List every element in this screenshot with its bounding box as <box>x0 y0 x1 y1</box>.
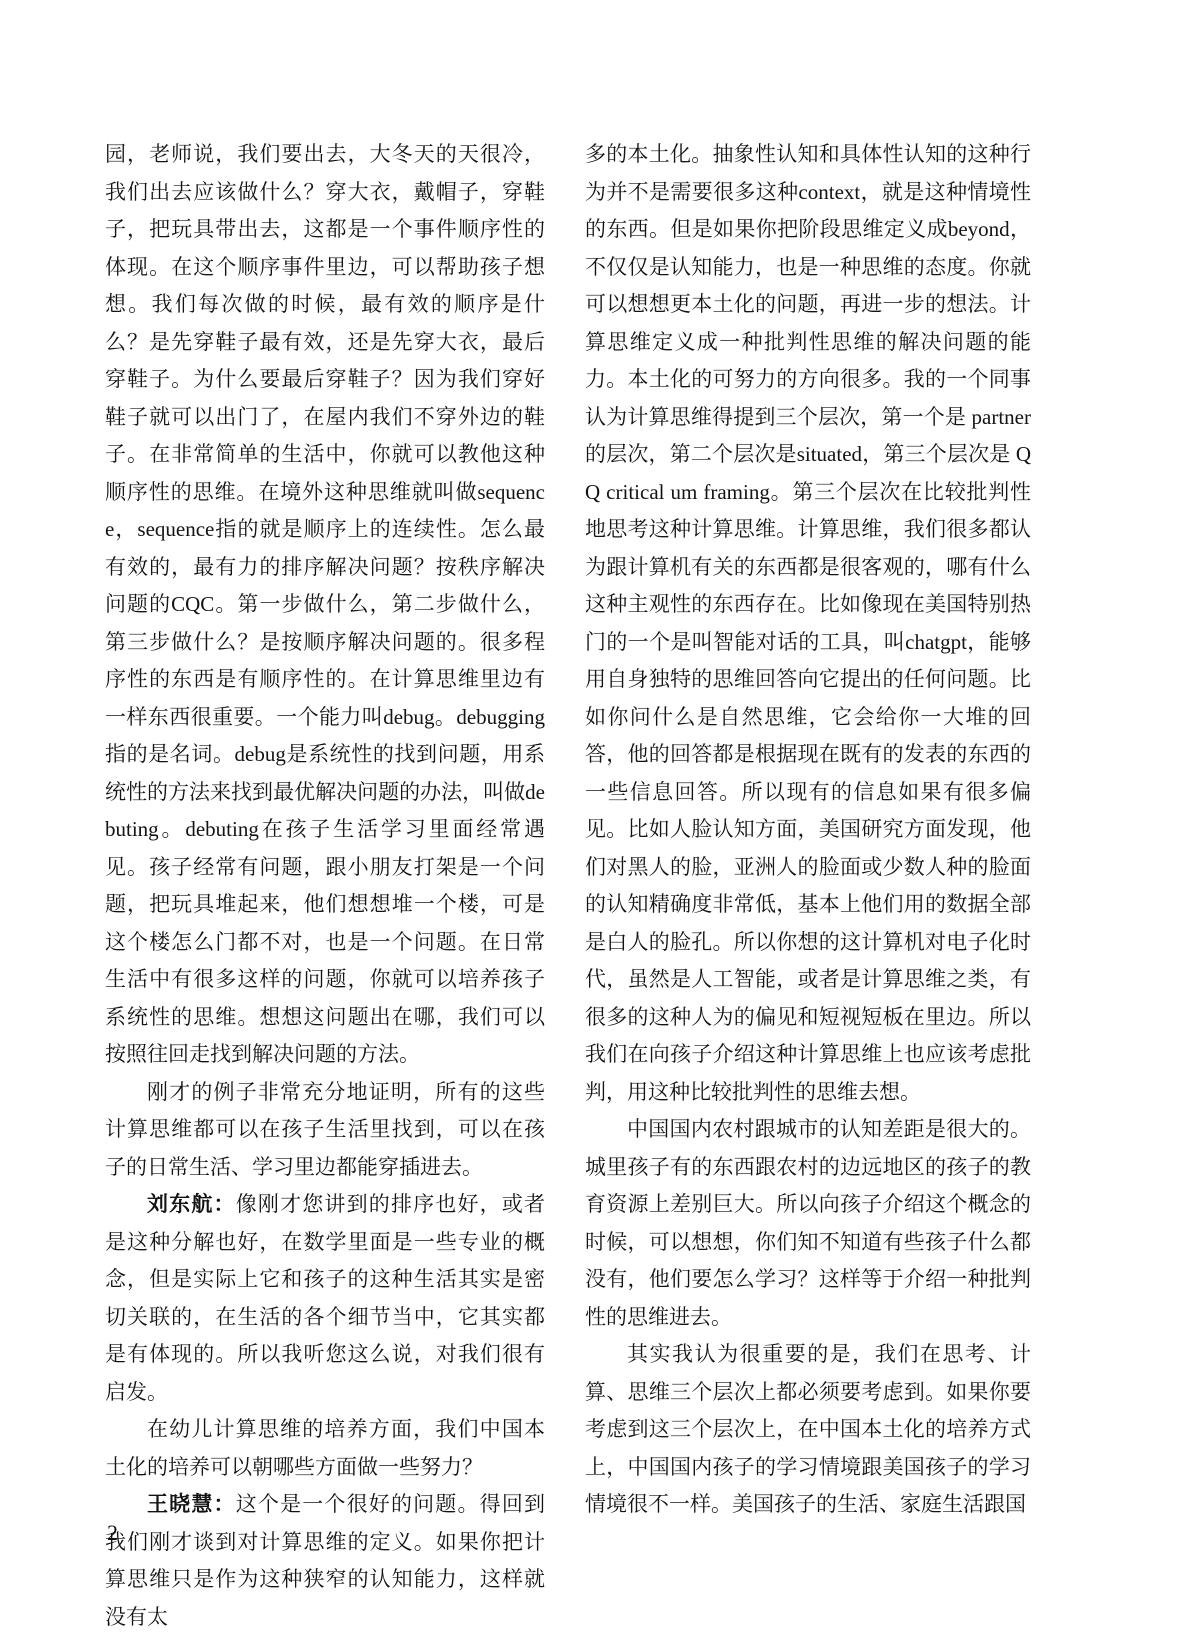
paragraph-text: 多的本土化。抽象性认知和具体性认知的这种行为并不是需要很多这种context，就… <box>585 142 1031 1104</box>
paragraph-text: 中国国内农村跟城市的认知差距是很大的。城里孩子有的东西跟农村的边远地区的孩子的教… <box>585 1117 1031 1329</box>
paragraph: 刚才的例子非常充分地证明，所有的这些计算思维都可以在孩子生活里找到，可以在孩子的… <box>105 1074 545 1187</box>
right-column: 多的本土化。抽象性认知和具体性认知的这种行为并不是需要很多这种context，就… <box>585 136 1031 1636</box>
paragraph-text: 其实我认为很重要的是，我们在思考、计算、思维三个层次上都必须要考虑到。如果你要考… <box>585 1342 1031 1516</box>
paragraph-text: 在幼儿计算思维的培养方面，我们中国本土化的培养可以朝哪些方面做一些努力？ <box>105 1417 545 1479</box>
paragraph-text: 园，老师说，我们要出去，大冬天的天很冷，我们出去应该做什么？穿大衣，戴帽子，穿鞋… <box>105 142 545 1066</box>
paragraph-continuation: 多的本土化。抽象性认知和具体性认知的这种行为并不是需要很多这种context，就… <box>585 136 1031 1111</box>
speaker-name: 王晓慧： <box>147 1492 236 1516</box>
speaker-name: 刘东航： <box>147 1192 236 1216</box>
paragraph-continuation: 园，老师说，我们要出去，大冬天的天很冷，我们出去应该做什么？穿大衣，戴帽子，穿鞋… <box>105 136 545 1074</box>
paragraph-speaker-liu: 刘东航：像刚才您讲到的排序也好，或者是这种分解也好，在数学里面是一些专业的概念，… <box>105 1186 545 1411</box>
page-number: 2 <box>107 1518 118 1548</box>
paragraph-speaker-wang: 王晓慧：这个是一个很好的问题。得回到我们刚才谈到对计算思维的定义。如果你把计算思… <box>105 1486 545 1636</box>
paragraph: 在幼儿计算思维的培养方面，我们中国本土化的培养可以朝哪些方面做一些努力？ <box>105 1411 545 1486</box>
left-column: 园，老师说，我们要出去，大冬天的天很冷，我们出去应该做什么？穿大衣，戴帽子，穿鞋… <box>105 136 545 1636</box>
document-page: 园，老师说，我们要出去，大冬天的天很冷，我们出去应该做什么？穿大衣，戴帽子，穿鞋… <box>0 0 1191 1650</box>
paragraph: 其实我认为很重要的是，我们在思考、计算、思维三个层次上都必须要考虑到。如果你要考… <box>585 1336 1031 1524</box>
text-columns: 园，老师说，我们要出去，大冬天的天很冷，我们出去应该做什么？穿大衣，戴帽子，穿鞋… <box>105 136 1031 1636</box>
paragraph-text: 像刚才您讲到的排序也好，或者是这种分解也好，在数学里面是一些专业的概念，但是实际… <box>105 1192 545 1404</box>
paragraph-text: 刚才的例子非常充分地证明，所有的这些计算思维都可以在孩子生活里找到，可以在孩子的… <box>105 1080 545 1179</box>
paragraph: 中国国内农村跟城市的认知差距是很大的。城里孩子有的东西跟农村的边远地区的孩子的教… <box>585 1111 1031 1336</box>
